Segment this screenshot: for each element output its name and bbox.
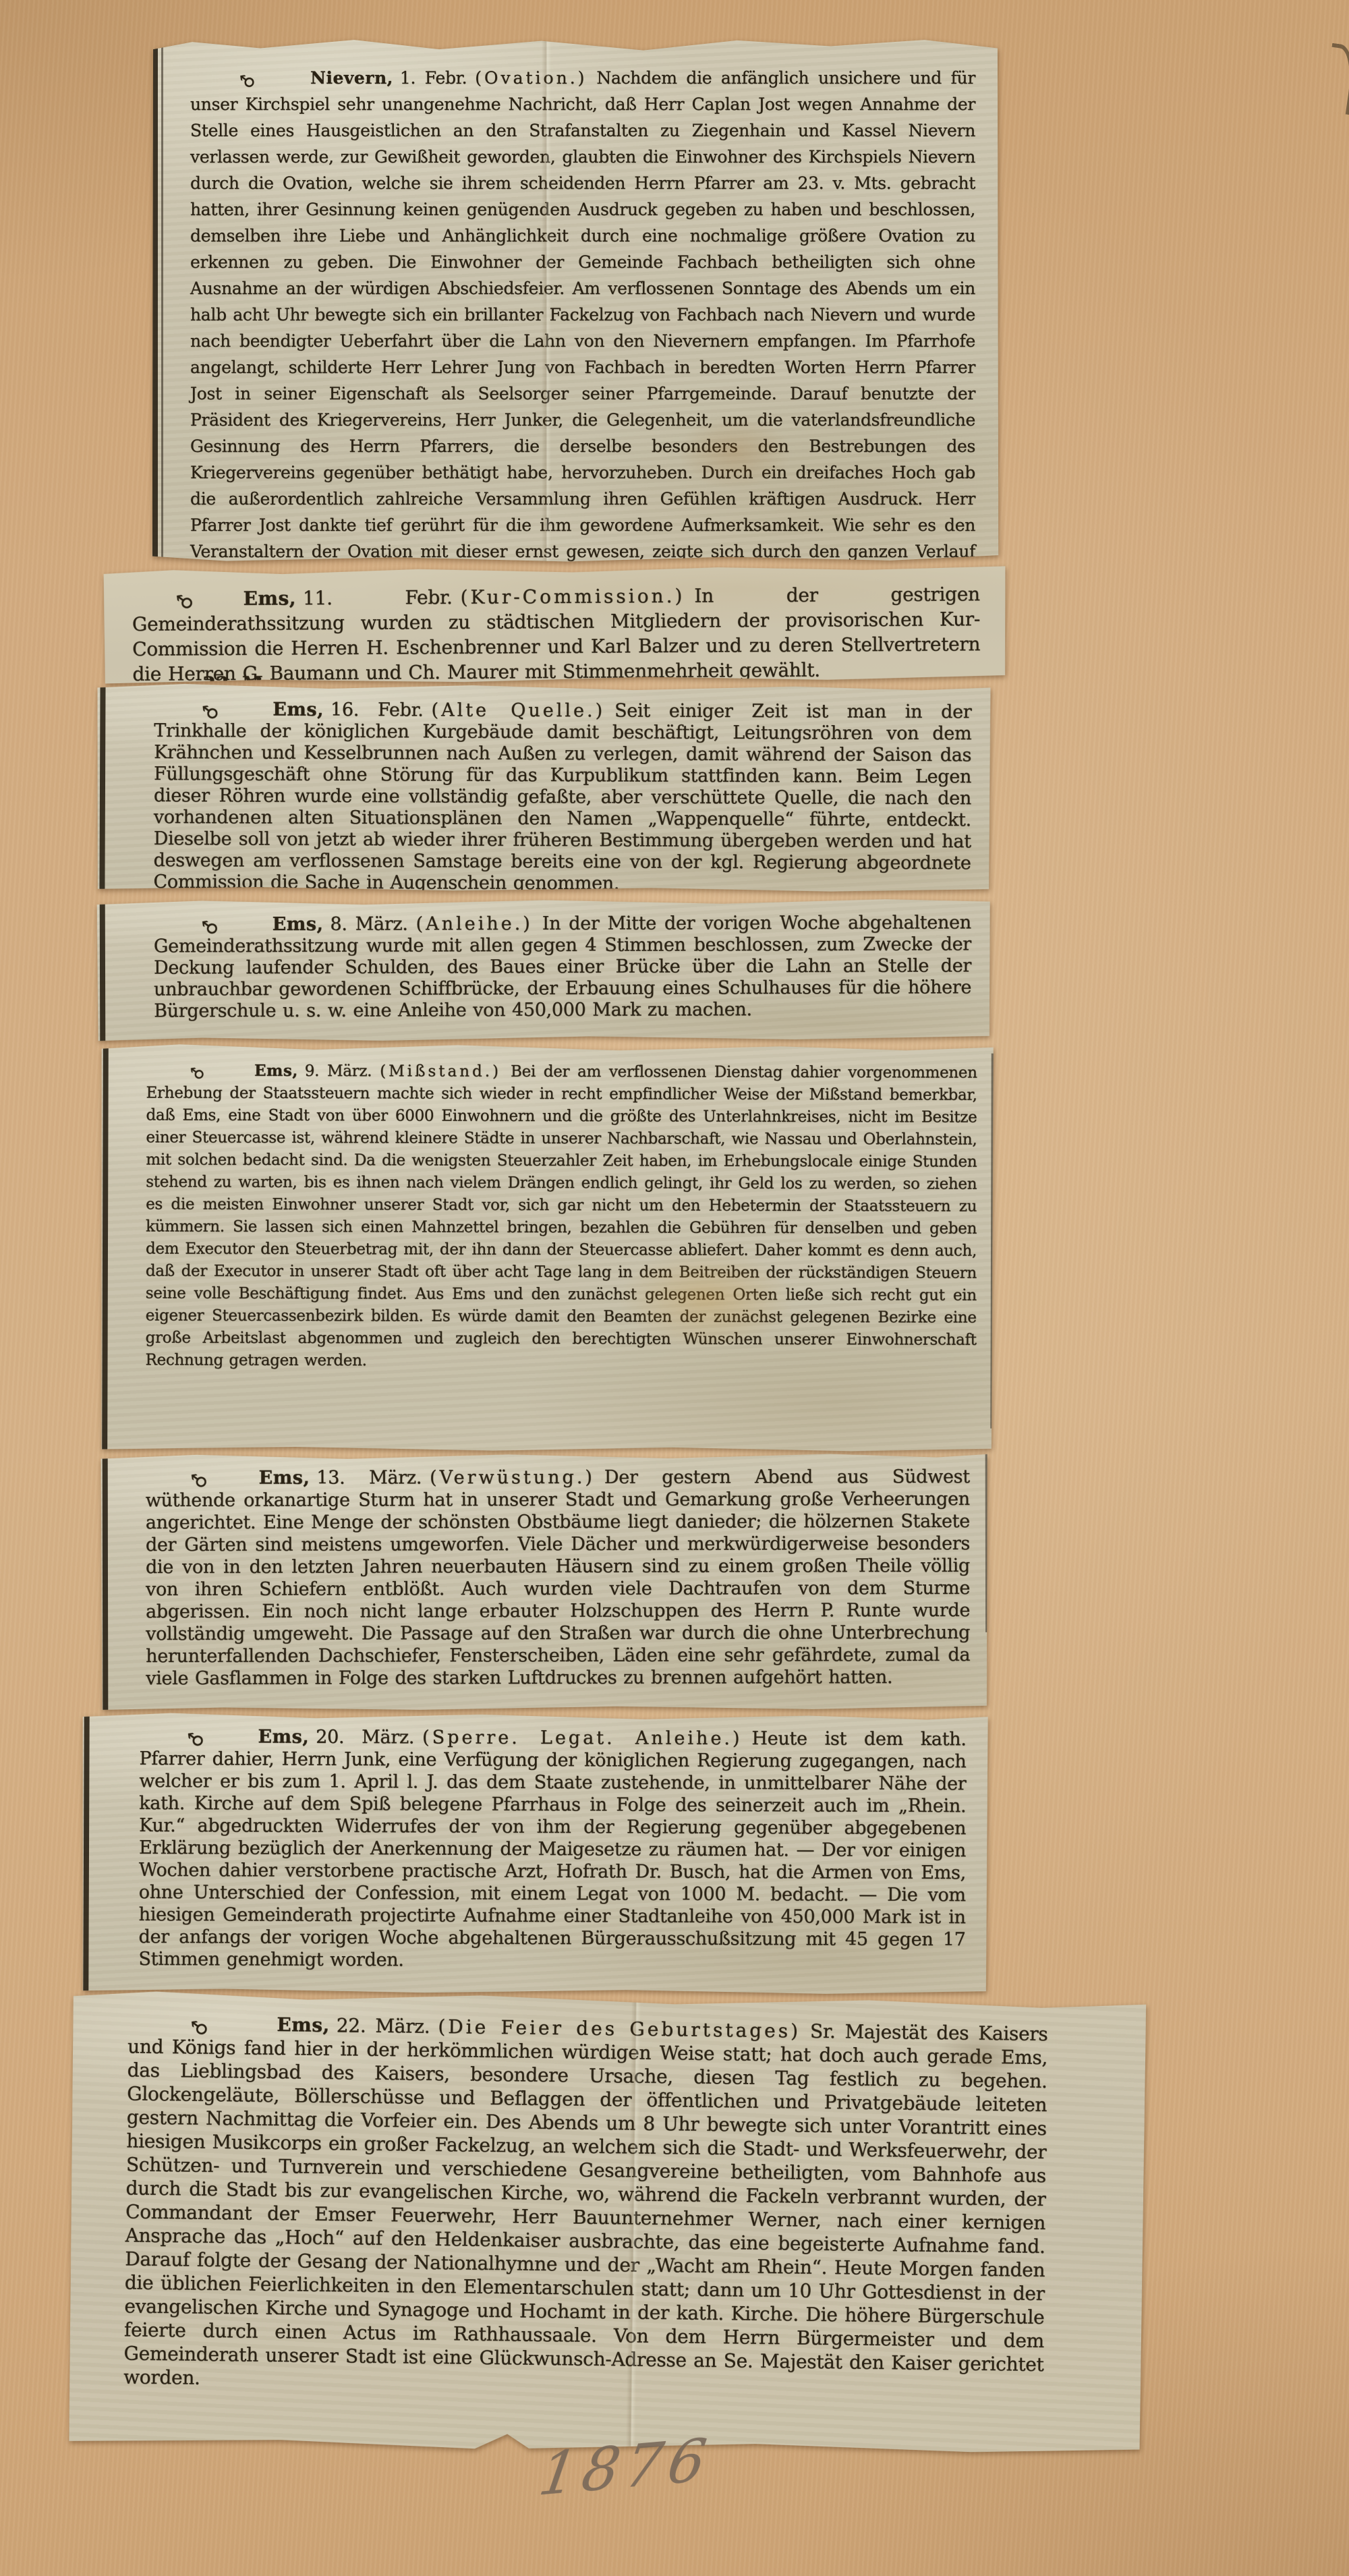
clipping-ems-sperre-legat-anleihe: ♂Ems,20. März.(Sperre. Legat. Anleihe.)H… bbox=[79, 1712, 990, 1996]
correspondent-mark-icon: ♂ bbox=[187, 1721, 253, 1752]
article-place: Ems, bbox=[258, 1727, 309, 1748]
article-text: ♂Ems,20. März.(Sperre. Legat. Anleihe.)H… bbox=[79, 1712, 990, 1974]
article-topic: (Ovation.) bbox=[475, 68, 587, 88]
article-date: 22. März. bbox=[337, 2014, 430, 2038]
article-body: Der gestern Abend aus Südwest wüthende o… bbox=[146, 1466, 970, 1689]
clipping-ems-verwuestung: ♂Ems,13. März.(Verwüstung.)Der gestern A… bbox=[98, 1452, 991, 1711]
clipping-ems-alte-quelle: ♂Ems,16. Febr.(Alte Quelle.)Seit einiger… bbox=[94, 683, 993, 894]
column-rule bbox=[152, 38, 158, 563]
column-rule bbox=[102, 1043, 109, 1450]
article-text: ♂Ems,16. Febr.(Alte Quelle.)Seit einiger… bbox=[94, 683, 993, 894]
article-place: Ems, bbox=[277, 2013, 330, 2036]
correspondent-mark-icon: ♂ bbox=[190, 2007, 271, 2041]
article-body: Heute ist dem kath. Pfarrer dahier, Herr… bbox=[138, 1728, 966, 1970]
article-text: ♂Nievern,1. Febr.(Ovation.)Nachdem die a… bbox=[150, 38, 1001, 563]
correspondent-mark-icon: ♂ bbox=[175, 582, 238, 616]
clipping-ems-geburtstagsfeier: ♂Ems,22. März.(Die Feier des Geburtstage… bbox=[65, 1988, 1149, 2457]
article-place: Ems, bbox=[243, 587, 296, 609]
article-date: 1. Febr. bbox=[400, 68, 467, 88]
article-body: Bei der am verflossenen Dienstag dahier … bbox=[146, 1063, 977, 1369]
column-rule bbox=[100, 900, 106, 1043]
article-place: Ems, bbox=[272, 699, 324, 720]
column-rule bbox=[99, 683, 105, 890]
column-rule-right bbox=[990, 1054, 993, 1429]
clipping-paper: ♂Ems,20. März.(Sperre. Legat. Anleihe.)H… bbox=[79, 1712, 990, 1996]
article-text: ♂Ems,22. März.(Die Feier des Geburtstage… bbox=[65, 1988, 1149, 2401]
clipping-paper: ♂Ems,13. März.(Verwüstung.)Der gestern A… bbox=[98, 1452, 991, 1711]
article-topic: (Sperre. Legat. Anleihe.) bbox=[422, 1727, 742, 1749]
article-date: 11. Febr. bbox=[303, 586, 453, 609]
clipping-paper: ♂Ems,22. März.(Die Feier des Geburtstage… bbox=[65, 1988, 1149, 2457]
article-date: 9. März. bbox=[305, 1062, 372, 1080]
article-date: 13. März. bbox=[316, 1467, 422, 1488]
clipping-paper: ♂Ems,11. Febr.(Kur-Commission.)In der ge… bbox=[101, 564, 1008, 685]
article-place: Ems, bbox=[254, 1062, 298, 1080]
article-date: 20. März. bbox=[316, 1727, 414, 1748]
clipping-paper: ♂Ems,8. März.(Anleihe.)In der Mitte der … bbox=[94, 897, 994, 1042]
clipping-nievern-ovation: ♂Nievern,1. Febr.(Ovation.)Nachdem die a… bbox=[150, 38, 1001, 563]
article-topic: (Kur-Commission.) bbox=[460, 585, 685, 608]
correspondent-mark-icon: ♂ bbox=[190, 1056, 249, 1085]
article-date: 8. März. bbox=[330, 914, 407, 935]
correspondent-mark-icon: ♂ bbox=[190, 1463, 254, 1493]
column-rule bbox=[83, 1712, 89, 1993]
column-rule-right bbox=[985, 1452, 987, 1632]
article-topic: (Alte Quelle.) bbox=[432, 699, 606, 721]
clipping-paper: ♂Nievern,1. Febr.(Ovation.)Nachdem die a… bbox=[150, 38, 1001, 563]
article-place: Ems, bbox=[259, 1468, 310, 1489]
column-rule-thin bbox=[161, 38, 163, 563]
scrapbook-page: { "page": { "handwritten_year": "1876", … bbox=[0, 0, 1349, 2576]
correspondent-mark-icon: ♂ bbox=[239, 61, 306, 96]
article-topic: (Mißstand.) bbox=[380, 1062, 501, 1080]
article-text: ♂Ems,11. Febr.(Kur-Commission.)In der ge… bbox=[101, 564, 1008, 685]
article-place: Nievern, bbox=[310, 68, 393, 88]
article-topic: (Verwüstung.) bbox=[430, 1467, 595, 1488]
article-date: 16. Febr. bbox=[331, 699, 424, 720]
article-body: Seit einiger Zeit ist man in der Trinkha… bbox=[153, 700, 971, 893]
page-edge-mark bbox=[1323, 43, 1349, 115]
clipping-paper: ♂Ems,9. März.(Mißstand.)Bei der am verfl… bbox=[98, 1043, 996, 1452]
clipping-ems-anleihe: ♂Ems,8. März.(Anleihe.)In der Mitte der … bbox=[94, 897, 994, 1042]
clipping-paper: ♂Ems,16. Febr.(Alte Quelle.)Seit einiger… bbox=[94, 683, 993, 894]
article-body: Sr. Majestät des Kaisers und Königs fand… bbox=[123, 2020, 1048, 2389]
article-place: Ems, bbox=[272, 914, 324, 935]
article-text: ♂Ems,9. März.(Mißstand.)Bei der am verfl… bbox=[98, 1043, 996, 1373]
clipping-ems-missstand: ♂Ems,9. März.(Mißstand.)Bei der am verfl… bbox=[98, 1043, 996, 1452]
article-text: ♂Ems,8. März.(Anleihe.)In der Mitte der … bbox=[94, 897, 993, 1022]
article-topic: (Anleihe.) bbox=[416, 913, 533, 934]
article-body: Nachdem die anfänglich unsichere und für… bbox=[190, 68, 975, 563]
article-text: ♂Ems,13. März.(Verwüstung.)Der gestern A… bbox=[98, 1452, 991, 1690]
article-topic: (Die Feier des Geburtstages) bbox=[438, 2015, 801, 2042]
clipping-ems-kurcommission: ♂Ems,11. Febr.(Kur-Commission.)In der ge… bbox=[101, 564, 1008, 685]
column-rule bbox=[103, 1454, 109, 1711]
